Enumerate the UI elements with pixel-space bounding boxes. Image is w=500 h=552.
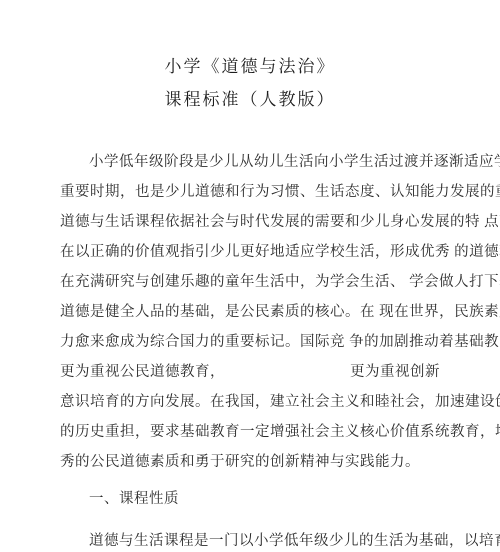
text-segment-right: 更为重视创新 [350, 357, 440, 387]
text-line: 在以正确的价值观指引少儿更好地适应学校生活，形成优秀 的道德和行为习惯， [60, 237, 440, 267]
text-line: 小学低年级阶段是少儿从幼儿生活向小学生活过渡并逐渐适应学校生 活的 [60, 147, 440, 177]
paragraph-2: 道德与生活课程是一门以小学低年级少儿的生活为基础，以培育拥有 优秀 [60, 526, 440, 552]
paragraph-1: 小学低年级阶段是少儿从幼儿生活向小学生活过渡并逐渐适应学校生 活的重要时期，也是… [60, 147, 440, 477]
text-line: 道德与生话课程依据社会与时代发展的需要和少儿身心发展的特 点而设置，旨 [60, 207, 440, 237]
text-line: 道德是健全人品的基础，是公民素质的核心。在 现在世界，民族素质和创新能 [60, 297, 440, 327]
text-line: 更为重视公民道德教育，更为重视创新 [60, 357, 440, 387]
doc-body: 小学低年级阶段是少儿从幼儿生活向小学生活过渡并逐渐适应学校生 活的重要时期，也是… [60, 147, 440, 552]
text-line: 在充满研究与创建乐趣的童年生活中，为学会生活、 学会做人打下基础。优秀 [60, 267, 440, 297]
doc-title-line-1: 小学《道德与法治》 [0, 50, 500, 83]
text-segment-left: 更为重视公民道德教育， [60, 357, 225, 387]
section-heading: 一、课程性质 [60, 484, 440, 514]
text-line: 意识培育的方向发展。在我国，建立社会主义和睦社会，加速建设创新式 国家 [60, 387, 440, 417]
text-line: 的历史重担，要求基础教育一定增强社会主义核心价值系统教育，培 养学生优 [60, 417, 440, 447]
text-line: 力愈来愈成为综合国力的重要标记。国际竞 争的加剧推动着基础教育课程向着 [60, 327, 440, 357]
document-title: 小学《道德与法治》 课程标准（人教版） [0, 0, 500, 116]
text-line: 重要时期，也是少儿道德和行为习惯、生话态度、认知能力发展的重 要时期。 [60, 177, 440, 207]
text-line: 秀的公民道德素质和勇于研究的创新精神与实践能力。 [60, 447, 440, 477]
document-page: 小学《道德与法治》 课程标准（人教版） 小学低年级阶段是少儿从幼儿生活向小学生活… [0, 0, 500, 552]
text-line: 道德与生活课程是一门以小学低年级少儿的生活为基础，以培育拥有 优秀 [60, 526, 440, 552]
doc-title-line-2: 课程标准（人教版） [0, 83, 500, 116]
